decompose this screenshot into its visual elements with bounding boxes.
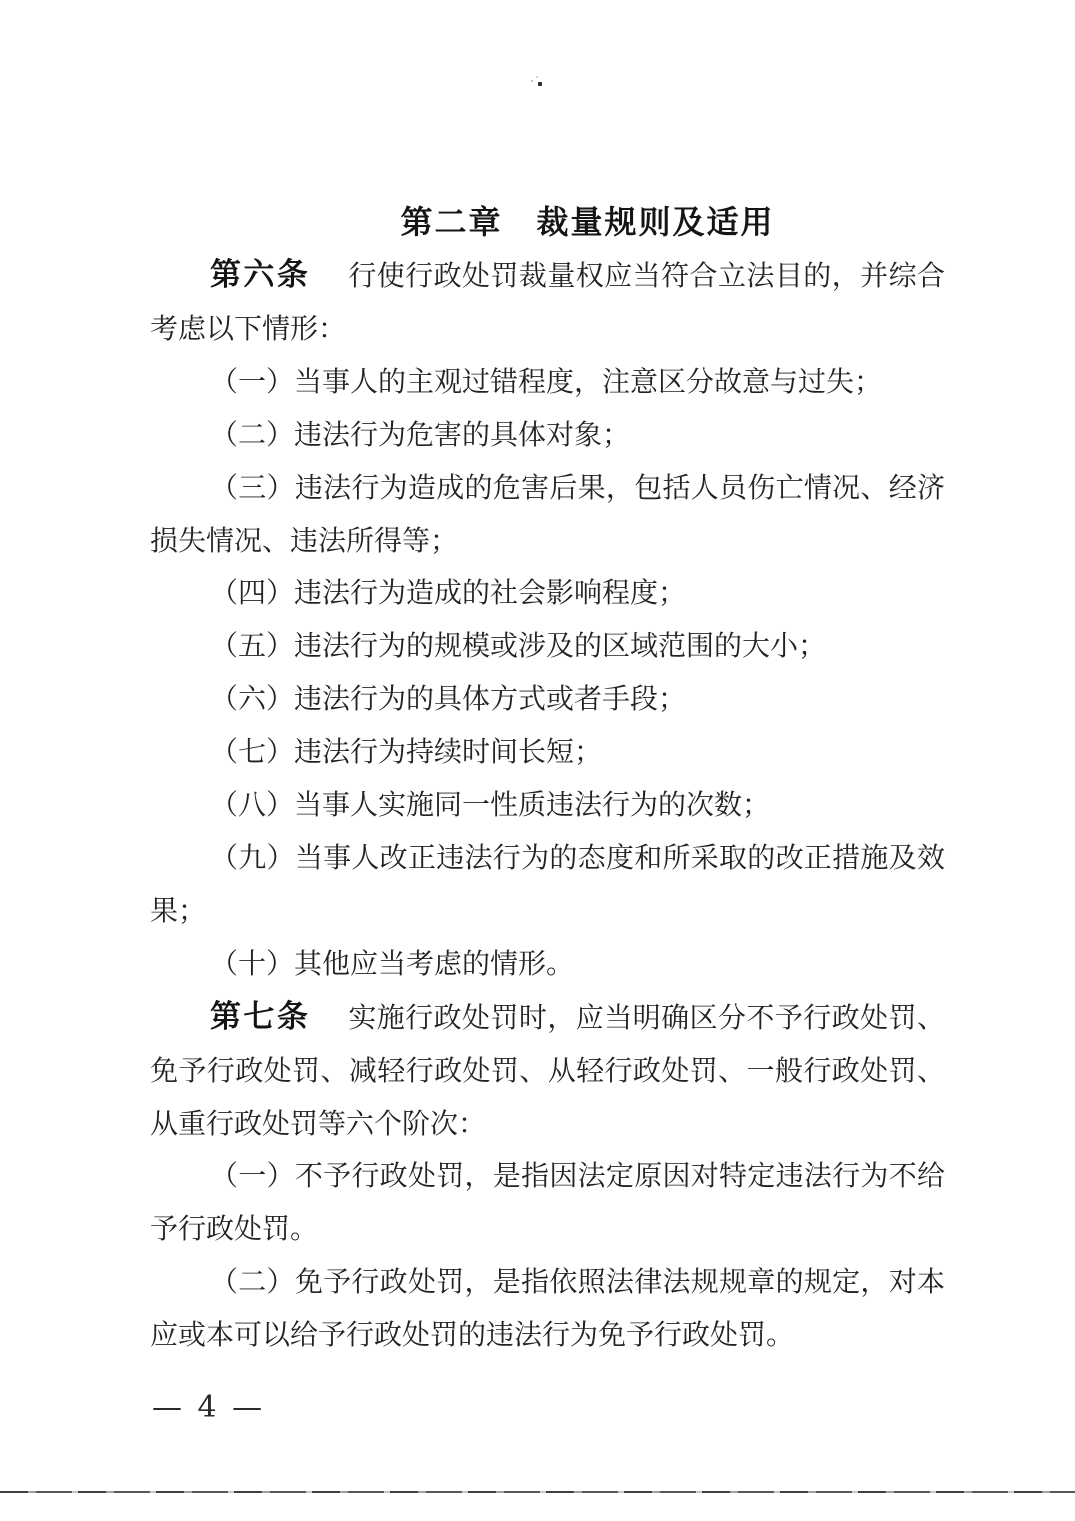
paragraph-text: （七）违法行为持续时间长短； [210,735,602,768]
paragraph: （五）违法行为的规模或涉及的区域范围的大小； [150,620,945,673]
scanned-document-page: 第二章 裁量规则及适用 第六条行使行政处罚裁量权应当符合立法目的，并综合考虑以下… [0,0,1075,1521]
document-content: 第二章 裁量规则及适用 第六条行使行政处罚裁量权应当符合立法目的，并综合考虑以下… [150,196,945,1362]
paragraph-text: （九）当事人改正违法行为的态度和所采取的改正措施及效果； [150,841,945,927]
page-number: — 4 — [152,1390,265,1425]
paragraph-text: （四）违法行为造成的社会影响程度； [210,576,686,609]
paragraph-text: （二）免予行政处罚，是指依照法律法规规章的规定，对本应或本可以给予行政处罚的违法… [150,1265,945,1351]
paragraph-text: （十）其他应当考虑的情形。 [210,947,574,980]
document-body: 第六条行使行政处罚裁量权应当符合立法目的，并综合考虑以下情形：（一）当事人的主观… [150,249,945,1362]
chapter-heading: 第二章 裁量规则及适用 [230,196,945,249]
paragraph: （一）不予行政处罚，是指因法定原因对特定违法行为不给予行政处罚。 [150,1150,945,1256]
paragraph-text: （五）违法行为的规模或涉及的区域范围的大小； [210,629,826,662]
paragraph-text: （一）当事人的主观过错程度，注意区分故意与过失； [210,365,882,398]
paragraph: （七）违法行为持续时间长短； [150,726,945,779]
scan-speck-artifact [538,82,542,86]
paragraph: （六）违法行为的具体方式或者手段； [150,673,945,726]
paragraph-text: （六）违法行为的具体方式或者手段； [210,682,686,715]
article-number-label: 第六条 [210,257,310,293]
paragraph-text: （一）不予行政处罚，是指因法定原因对特定违法行为不给予行政处罚。 [150,1159,945,1245]
article-number-label: 第七条 [210,999,310,1035]
article-paragraph: 第六条行使行政处罚裁量权应当符合立法目的，并综合考虑以下情形： [150,249,945,356]
scan-artifact-line [0,1491,1075,1493]
paragraph: （一）当事人的主观过错程度，注意区分故意与过失； [150,356,945,409]
paragraph: （四）违法行为造成的社会影响程度； [150,567,945,620]
paragraph-text: （三）违法行为造成的危害后果，包括人员伤亡情况、经济损失情况、违法所得等； [150,471,945,557]
paragraph-text: （八）当事人实施同一性质违法行为的次数； [210,788,770,821]
paragraph: （二）违法行为危害的具体对象； [150,409,945,462]
paragraph: （十）其他应当考虑的情形。 [150,938,945,991]
paragraph: （八）当事人实施同一性质违法行为的次数； [150,779,945,832]
article-paragraph: 第七条实施行政处罚时，应当明确区分不予行政处罚、免予行政处罚、减轻行政处罚、从轻… [150,991,945,1151]
paragraph: （二）免予行政处罚，是指依照法律法规规章的规定，对本应或本可以给予行政处罚的违法… [150,1256,945,1362]
paragraph: （三）违法行为造成的危害后果，包括人员伤亡情况、经济损失情况、违法所得等； [150,462,945,568]
paragraph: （九）当事人改正违法行为的态度和所采取的改正措施及效果； [150,832,945,938]
paragraph-text: （二）违法行为危害的具体对象； [210,418,630,451]
